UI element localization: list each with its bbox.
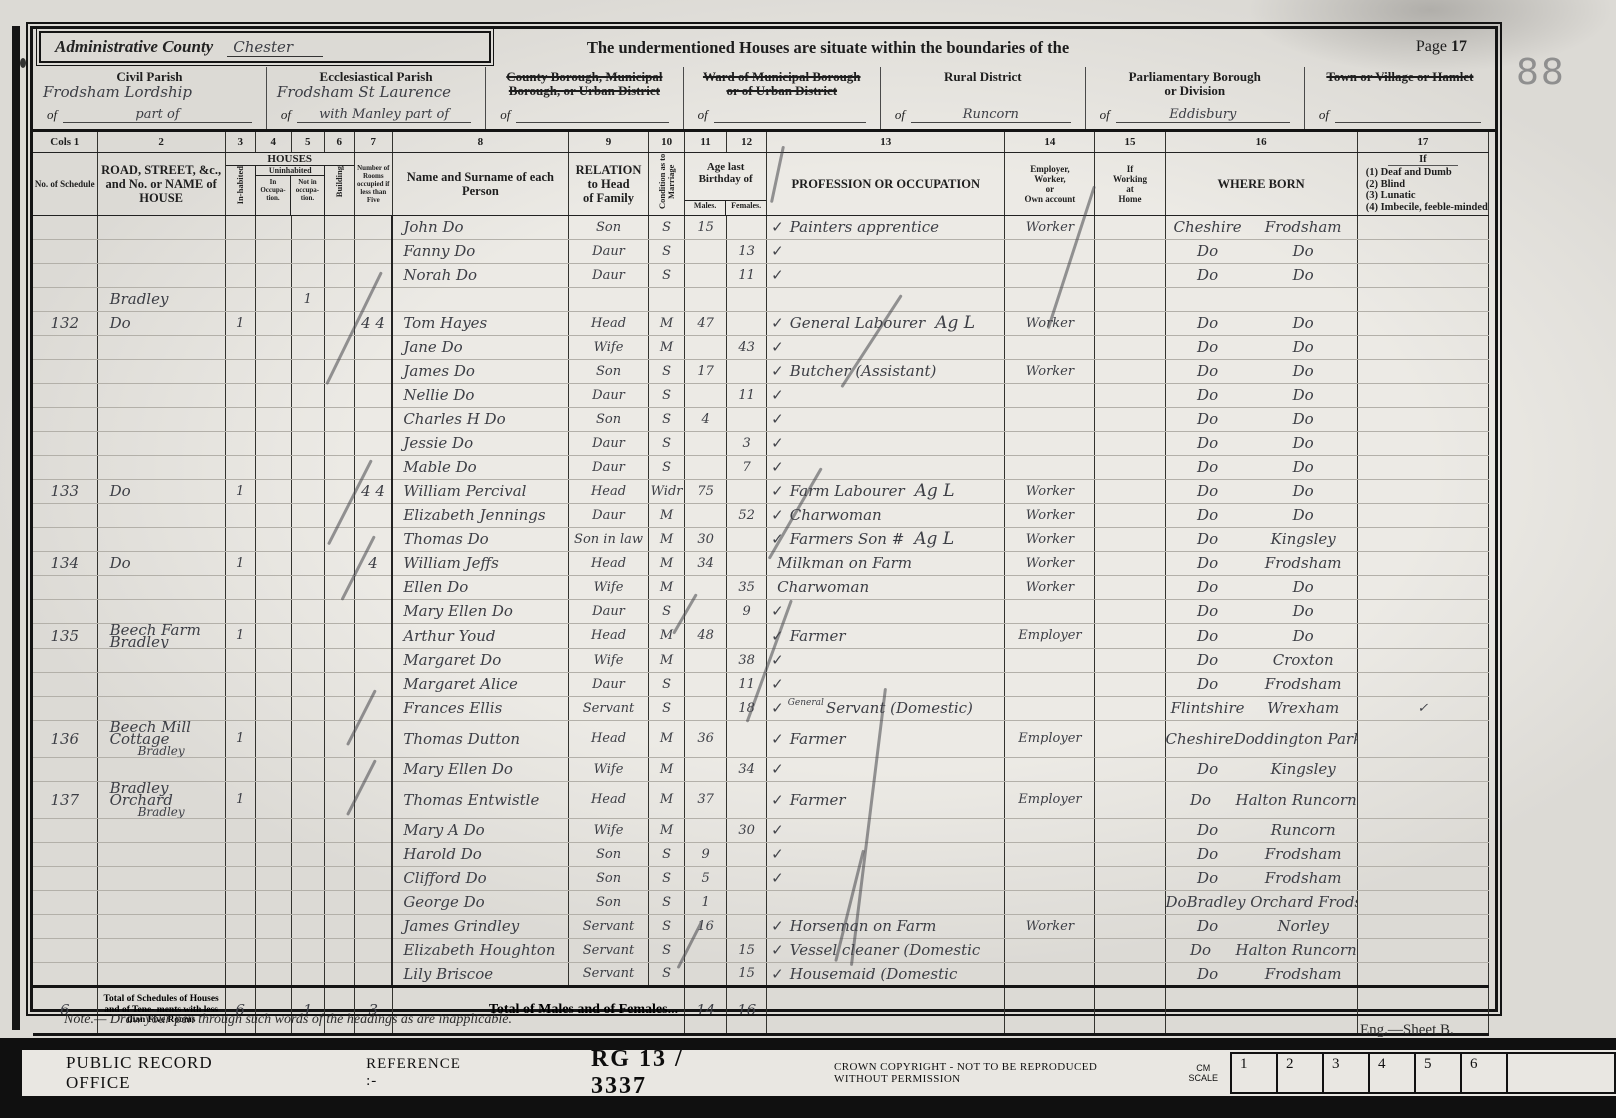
age-female — [727, 311, 767, 335]
age-male: 9 — [685, 842, 727, 866]
working-at-home — [1095, 311, 1165, 335]
inhabited-mark — [225, 287, 255, 311]
infirmity-item-1: (1) Deaf and Dumb — [1366, 167, 1488, 179]
district-of-line: ofEddisbury — [1100, 107, 1290, 123]
rooms-count — [354, 914, 392, 938]
uninhabited-notocc-mark — [291, 781, 324, 818]
district-section: Town or Village or Hamletof — [1305, 67, 1495, 129]
total-females: 16 — [727, 986, 767, 1034]
person-name: John Do — [392, 215, 568, 239]
age-female: 35 — [727, 575, 767, 599]
rooms-count — [354, 407, 392, 431]
age-female: 34 — [727, 757, 767, 781]
rooms-count — [354, 503, 392, 527]
reference-strip: PUBLIC RECORD OFFICE REFERENCE :- RG 13 … — [22, 1050, 1616, 1096]
road-name: Beech Mill CottageBradley — [97, 720, 225, 757]
inhabited-mark — [225, 503, 255, 527]
employer-status — [1005, 890, 1095, 914]
inhabited-mark — [225, 648, 255, 672]
schedule-number — [33, 757, 97, 781]
col-num-17: 17 — [1357, 132, 1488, 152]
district-section: Parliamentary Boroughor DivisionofEddisb… — [1086, 67, 1305, 129]
occupation: ✓Vessel cleaner (Domestic — [767, 938, 1005, 962]
administrative-county-label: Administrative County — [55, 37, 213, 57]
table-row: Lily Briscoe Servant S 15 ✓Housemaid (Do… — [33, 962, 1489, 986]
schedule-number — [33, 431, 97, 455]
infirmity — [1357, 648, 1488, 672]
age-male — [685, 287, 727, 311]
administrative-county-value: Chester — [227, 38, 323, 57]
person-name: Jane Do — [392, 335, 568, 359]
table-row: Frances Ellis Servant S 18 ✓GeneralServa… — [33, 696, 1489, 720]
employer-status — [1005, 263, 1095, 287]
district-of-line: of — [1319, 107, 1481, 123]
where-born: DoFrodsham — [1165, 866, 1357, 890]
working-at-home — [1095, 287, 1165, 311]
uninhabited-inocc-mark — [255, 648, 291, 672]
relation-to-head: Son — [568, 842, 648, 866]
infirmity — [1357, 720, 1488, 757]
col-whereborn-header: WHERE BORN — [1165, 152, 1357, 215]
employer-status — [1005, 383, 1095, 407]
uninhabited-inocc-mark — [255, 962, 291, 986]
table-row: Ellen Do Wife M 35 Charwoman Worker DoDo — [33, 575, 1489, 599]
road-name — [97, 431, 225, 455]
rooms-count — [354, 431, 392, 455]
archive-reference-bar: PUBLIC RECORD OFFICE REFERENCE :- RG 13 … — [0, 1038, 1616, 1118]
employer-status: Worker — [1005, 359, 1095, 383]
employer-status: Worker — [1005, 527, 1095, 551]
building-mark — [324, 672, 354, 696]
working-at-home — [1095, 696, 1165, 720]
road-name — [97, 890, 225, 914]
uninhabited-inocc-mark — [255, 263, 291, 287]
person-name: William Jeffs — [392, 551, 568, 575]
building-mark — [324, 551, 354, 575]
age-female: 38 — [727, 648, 767, 672]
marital-condition: S — [649, 263, 685, 287]
age-title: Age last Birthday of — [685, 153, 766, 200]
district-heading: Rural District — [881, 70, 1085, 84]
col-num-15: 15 — [1095, 132, 1165, 152]
age-female — [727, 720, 767, 757]
age-female: 11 — [727, 263, 767, 287]
infirmity — [1357, 287, 1488, 311]
person-name: Thomas Do — [392, 527, 568, 551]
footnote: Note.— Draw your pen through such words … — [64, 1012, 512, 1028]
where-born: DoDo — [1165, 479, 1357, 503]
schedule-number: 136 — [33, 720, 97, 757]
schedule-number — [33, 842, 97, 866]
employer-status: Worker — [1005, 503, 1095, 527]
schedule-number — [33, 335, 97, 359]
working-at-home — [1095, 914, 1165, 938]
relation-to-head: Wife — [568, 648, 648, 672]
col-num-4: 4 — [255, 132, 291, 152]
infirmity — [1357, 938, 1488, 962]
uninhabited-notocc-mark — [291, 842, 324, 866]
road-name — [97, 818, 225, 842]
marital-condition: M — [649, 335, 685, 359]
where-born: FlintshireWrexham — [1165, 696, 1357, 720]
rooms-count — [354, 239, 392, 263]
age-male — [685, 648, 727, 672]
occupation: Milkman on Farm — [767, 551, 1005, 575]
marital-condition: M — [649, 575, 685, 599]
marital-condition: M — [649, 503, 685, 527]
occupation: ✓Housemaid (Domestic — [767, 962, 1005, 986]
census-scan-page: { "page": { "admin_county_label": "Admin… — [0, 0, 1616, 1118]
schedule-number — [33, 359, 97, 383]
age-male — [685, 335, 727, 359]
uninhabited-notocc-mark — [291, 263, 324, 287]
building-mark — [324, 623, 354, 648]
marital-condition: S — [649, 914, 685, 938]
schedule-number — [33, 914, 97, 938]
district-of-line: ofpart of — [47, 107, 252, 123]
relation-to-head: Wife — [568, 818, 648, 842]
age-male: 37 — [685, 781, 727, 818]
inhabited-mark — [225, 962, 255, 986]
age-male — [685, 431, 727, 455]
employer-status — [1005, 407, 1095, 431]
uninhabited-inocc-mark — [255, 239, 291, 263]
where-born: DoFrodsham — [1165, 672, 1357, 696]
person-name: Mary Ellen Do — [392, 599, 568, 623]
employer-status: Worker — [1005, 551, 1095, 575]
rooms-count — [354, 890, 392, 914]
uninhabited-notocc-mark — [291, 914, 324, 938]
employer-status: Employer — [1005, 781, 1095, 818]
table-row: 133 Do 1 4 4 William Percival Head Widr … — [33, 479, 1489, 503]
page-number: Page 17 — [1416, 38, 1467, 56]
where-born: CheshireFrodsham — [1165, 215, 1357, 239]
building-mark — [324, 648, 354, 672]
occupation: ✓Charwoman — [767, 503, 1005, 527]
in-occupation-label: In Occupa-tion. — [256, 176, 290, 215]
where-born: DoDo — [1165, 335, 1357, 359]
building-mark — [324, 962, 354, 986]
where-born: DoDo — [1165, 575, 1357, 599]
employer-status — [1005, 287, 1095, 311]
schedule-number — [33, 938, 97, 962]
uninhabited-inocc-mark — [255, 383, 291, 407]
census-table: Cols 1 2 3 4 5 6 7 8 9 10 11 12 13 14 15… — [33, 132, 1489, 1036]
age-female — [727, 479, 767, 503]
where-born: DoNorley — [1165, 914, 1357, 938]
working-at-home — [1095, 962, 1165, 986]
building-mark — [324, 455, 354, 479]
table-row: Thomas Do Son in law M 30 ✓Farmers Son #… — [33, 527, 1489, 551]
infirmity — [1357, 503, 1488, 527]
district-heading: Ward of Municipal Boroughor of Urban Dis… — [684, 70, 880, 98]
age-female — [727, 407, 767, 431]
person-name: Ellen Do — [392, 575, 568, 599]
uninhabited-notocc-mark: 1 — [291, 287, 324, 311]
uninhabited-inocc-mark — [255, 938, 291, 962]
relation-to-head: Servant — [568, 962, 648, 986]
district-of-line: of — [698, 107, 866, 123]
age-male — [685, 383, 727, 407]
infirmity — [1357, 479, 1488, 503]
infirmity — [1357, 757, 1488, 781]
employer-line4: Own account — [1005, 194, 1094, 204]
person-name: William Percival — [392, 479, 568, 503]
relation-to-head: Daur — [568, 239, 648, 263]
rooms-count — [354, 648, 392, 672]
reference-value: RG 13 / 3337 — [591, 1046, 714, 1100]
col-relation-header: RELATION to Head of Family — [568, 152, 648, 215]
rooms-count — [354, 866, 392, 890]
working-at-home — [1095, 866, 1165, 890]
district-name-handwritten: Frodsham Lordship — [43, 83, 192, 101]
col-num-14: 14 — [1005, 132, 1095, 152]
relation-to-head: Daur — [568, 503, 648, 527]
district-heading: County Borough, MunicipalBorough, or Urb… — [486, 70, 682, 98]
building-label: Building — [335, 166, 344, 197]
marital-condition: S — [649, 215, 685, 239]
where-born: DoDo — [1165, 239, 1357, 263]
person-name: Mary A Do — [392, 818, 568, 842]
col-num-9: 9 — [568, 132, 648, 152]
where-born: DoCroxton — [1165, 648, 1357, 672]
infirmity — [1357, 818, 1488, 842]
relation-line1: RELATION — [569, 163, 648, 177]
employer-status — [1005, 335, 1095, 359]
col-infirmity-header: If (1) Deaf and Dumb (2) Blind (3) Lunat… — [1357, 152, 1488, 215]
census-form: Administrative County Chester The underm… — [30, 26, 1498, 1012]
relation-to-head: Head — [568, 311, 648, 335]
occupation — [767, 287, 1005, 311]
table-row: Mary Ellen Do Wife M 34 ✓ DoKingsley — [33, 757, 1489, 781]
table-row: Fanny Do Daur S 13 ✓ DoDo — [33, 239, 1489, 263]
relation-to-head: Head — [568, 623, 648, 648]
occupation: ✓ — [767, 648, 1005, 672]
schedule-number — [33, 890, 97, 914]
schedule-number — [33, 962, 97, 986]
road-name: Do — [97, 551, 225, 575]
uninhabited-notocc-mark — [291, 527, 324, 551]
employer-status — [1005, 866, 1095, 890]
working-at-home — [1095, 239, 1165, 263]
relation-line3: of Family — [569, 191, 648, 205]
district-section: Rural DistrictofRuncorn — [881, 67, 1086, 129]
infirmity — [1357, 335, 1488, 359]
where-born: DoDo — [1165, 455, 1357, 479]
person-name: George Do — [392, 890, 568, 914]
infirmity — [1357, 407, 1488, 431]
col-num-16: 16 — [1165, 132, 1357, 152]
col-num-7: 7 — [354, 132, 392, 152]
sheet-label: Eng.—Sheet B. — [1360, 1022, 1454, 1039]
working-at-home — [1095, 818, 1165, 842]
schedule-number — [33, 407, 97, 431]
infirmity — [1357, 599, 1488, 623]
reference-label: REFERENCE :- — [366, 1056, 461, 1090]
working-at-home — [1095, 479, 1165, 503]
uninhabited-inocc-mark — [255, 479, 291, 503]
relation-to-head: Son — [568, 359, 648, 383]
schedule-number — [33, 263, 97, 287]
table-row: Jessie Do Daur S 3 ✓ DoDo — [33, 431, 1489, 455]
district-section: Ward of Municipal Boroughor of Urban Dis… — [684, 67, 881, 129]
schedule-number: 134 — [33, 551, 97, 575]
uninhabited-notocc-mark — [291, 455, 324, 479]
age-female: 30 — [727, 818, 767, 842]
uninhabited-inocc-mark — [255, 431, 291, 455]
inhabited-mark: 1 — [225, 311, 255, 335]
road-name — [97, 527, 225, 551]
inhabited-mark — [225, 599, 255, 623]
age-female — [727, 914, 767, 938]
rooms-count — [354, 215, 392, 239]
infirmity — [1357, 623, 1488, 648]
infirmity — [1357, 455, 1488, 479]
relation-to-head: Servant — [568, 696, 648, 720]
rooms-count — [354, 455, 392, 479]
table-body: John Do Son S 15 ✓Painters apprentice Wo… — [33, 215, 1489, 986]
table-row: Margaret Do Wife M 38 ✓ DoCroxton — [33, 648, 1489, 672]
table-row: Charles H Do Son S 4 ✓ DoDo — [33, 407, 1489, 431]
schedule-number — [33, 383, 97, 407]
age-female: 7 — [727, 455, 767, 479]
infirmity — [1357, 866, 1488, 890]
road-name: Beech Farm Bradley — [97, 623, 225, 648]
building-mark — [324, 866, 354, 890]
infirmity — [1357, 527, 1488, 551]
age-female: 15 — [727, 938, 767, 962]
age-male — [685, 818, 727, 842]
infirmity — [1357, 962, 1488, 986]
cm-scale-label: CM SCALE — [1188, 1063, 1218, 1083]
infirmity — [1357, 914, 1488, 938]
where-born: DoDo — [1165, 263, 1357, 287]
table-row: Nellie Do Daur S 11 ✓ DoDo — [33, 383, 1489, 407]
table-row: James Do Son S 17 ✓Butcher (Assistant) W… — [33, 359, 1489, 383]
relation-to-head: Wife — [568, 335, 648, 359]
col-num-8: 8 — [392, 132, 568, 152]
marital-condition: S — [649, 359, 685, 383]
archive-stamp: 88 — [1516, 52, 1566, 93]
infirmity — [1357, 781, 1488, 818]
relation-to-head: Son — [568, 890, 648, 914]
district-section: Civil ParishFrodsham Lordshipofpart of — [33, 67, 267, 129]
relation-to-head: Servant — [568, 914, 648, 938]
where-born: DoFrodsham — [1165, 551, 1357, 575]
employer-status — [1005, 938, 1095, 962]
age-male — [685, 263, 727, 287]
inhabited-mark: 1 — [225, 551, 255, 575]
uninhabited-inocc-mark — [255, 455, 291, 479]
marital-condition: M — [649, 648, 685, 672]
age-female: 15 — [727, 962, 767, 986]
scale-cell: 5 — [1414, 1052, 1460, 1094]
occupation: ✓Farmer — [767, 623, 1005, 648]
building-mark — [324, 287, 354, 311]
age-male — [685, 503, 727, 527]
occupation: ✓ — [767, 407, 1005, 431]
road-name — [97, 263, 225, 287]
rooms-count — [354, 359, 392, 383]
district-band: Civil ParishFrodsham Lordshipofpart ofEc… — [33, 67, 1495, 132]
schedule-number — [33, 672, 97, 696]
age-male — [685, 455, 727, 479]
district-of-line: of — [500, 107, 668, 123]
infirmity — [1357, 551, 1488, 575]
age-male — [685, 696, 727, 720]
road-name: Bradley OrchardBradley — [97, 781, 225, 818]
infirmity — [1357, 842, 1488, 866]
uninhabited-notocc-mark — [291, 359, 324, 383]
age-male: 1 — [685, 890, 727, 914]
uninhabited-notocc-mark — [291, 599, 324, 623]
athome-line4: Home — [1095, 194, 1164, 204]
inhabited-mark — [225, 914, 255, 938]
person-name: Margaret Alice — [392, 672, 568, 696]
occupation: ✓Farmers Son #Ag L — [767, 527, 1005, 551]
rooms-count — [354, 818, 392, 842]
marital-condition: S — [649, 407, 685, 431]
infirmity — [1357, 672, 1488, 696]
working-at-home — [1095, 575, 1165, 599]
inhabited-mark — [225, 383, 255, 407]
working-at-home — [1095, 431, 1165, 455]
administrative-county-box: Administrative County Chester — [39, 31, 491, 63]
crown-copyright-notice: CROWN COPYRIGHT - NOT TO BE REPRODUCED W… — [834, 1061, 1142, 1085]
uninhabited-inocc-mark — [255, 914, 291, 938]
page-number-value: 17 — [1451, 38, 1467, 55]
age-female — [727, 890, 767, 914]
age-male — [685, 757, 727, 781]
table-row: Mable Do Daur S 7 ✓ DoDo — [33, 455, 1489, 479]
marital-condition: S — [649, 696, 685, 720]
building-mark — [324, 599, 354, 623]
schedule-number — [33, 527, 97, 551]
age-male: 34 — [685, 551, 727, 575]
table-row: George Do Son S 1 DoBradley Orchard Frod… — [33, 890, 1489, 914]
uninhabited-inocc-mark — [255, 599, 291, 623]
building-mark — [324, 938, 354, 962]
infirmity-item-4: (4) Imbecile, feeble-minded — [1366, 202, 1488, 214]
table-row: Mary Ellen Do Daur S 9 ✓ DoDo — [33, 599, 1489, 623]
working-at-home — [1095, 551, 1165, 575]
person-name: Nellie Do — [392, 383, 568, 407]
uninhabited-notocc-mark — [291, 623, 324, 648]
marital-condition: M — [649, 551, 685, 575]
col-num-11: 11 — [685, 132, 727, 152]
relation-to-head: Son in law — [568, 527, 648, 551]
age-female: 9 — [727, 599, 767, 623]
schedule-number — [33, 818, 97, 842]
uninhabited-notocc-mark — [291, 311, 324, 335]
cm-label: CM — [1196, 1063, 1210, 1073]
uninhabited-notocc-mark — [291, 479, 324, 503]
infirmity — [1357, 431, 1488, 455]
relation-to-head: Wife — [568, 575, 648, 599]
inhabited-label: In-habited — [236, 166, 245, 204]
occupation: ✓ — [767, 842, 1005, 866]
total-empty-3 — [767, 986, 1005, 1034]
road-name — [97, 938, 225, 962]
age-female — [727, 551, 767, 575]
rooms-count — [354, 335, 392, 359]
where-born: DoHalton Runcorn — [1165, 938, 1357, 962]
inhabited-mark — [225, 938, 255, 962]
schedule-number — [33, 239, 97, 263]
inhabited-mark — [225, 431, 255, 455]
working-at-home — [1095, 407, 1165, 431]
relation-to-head: Son — [568, 866, 648, 890]
